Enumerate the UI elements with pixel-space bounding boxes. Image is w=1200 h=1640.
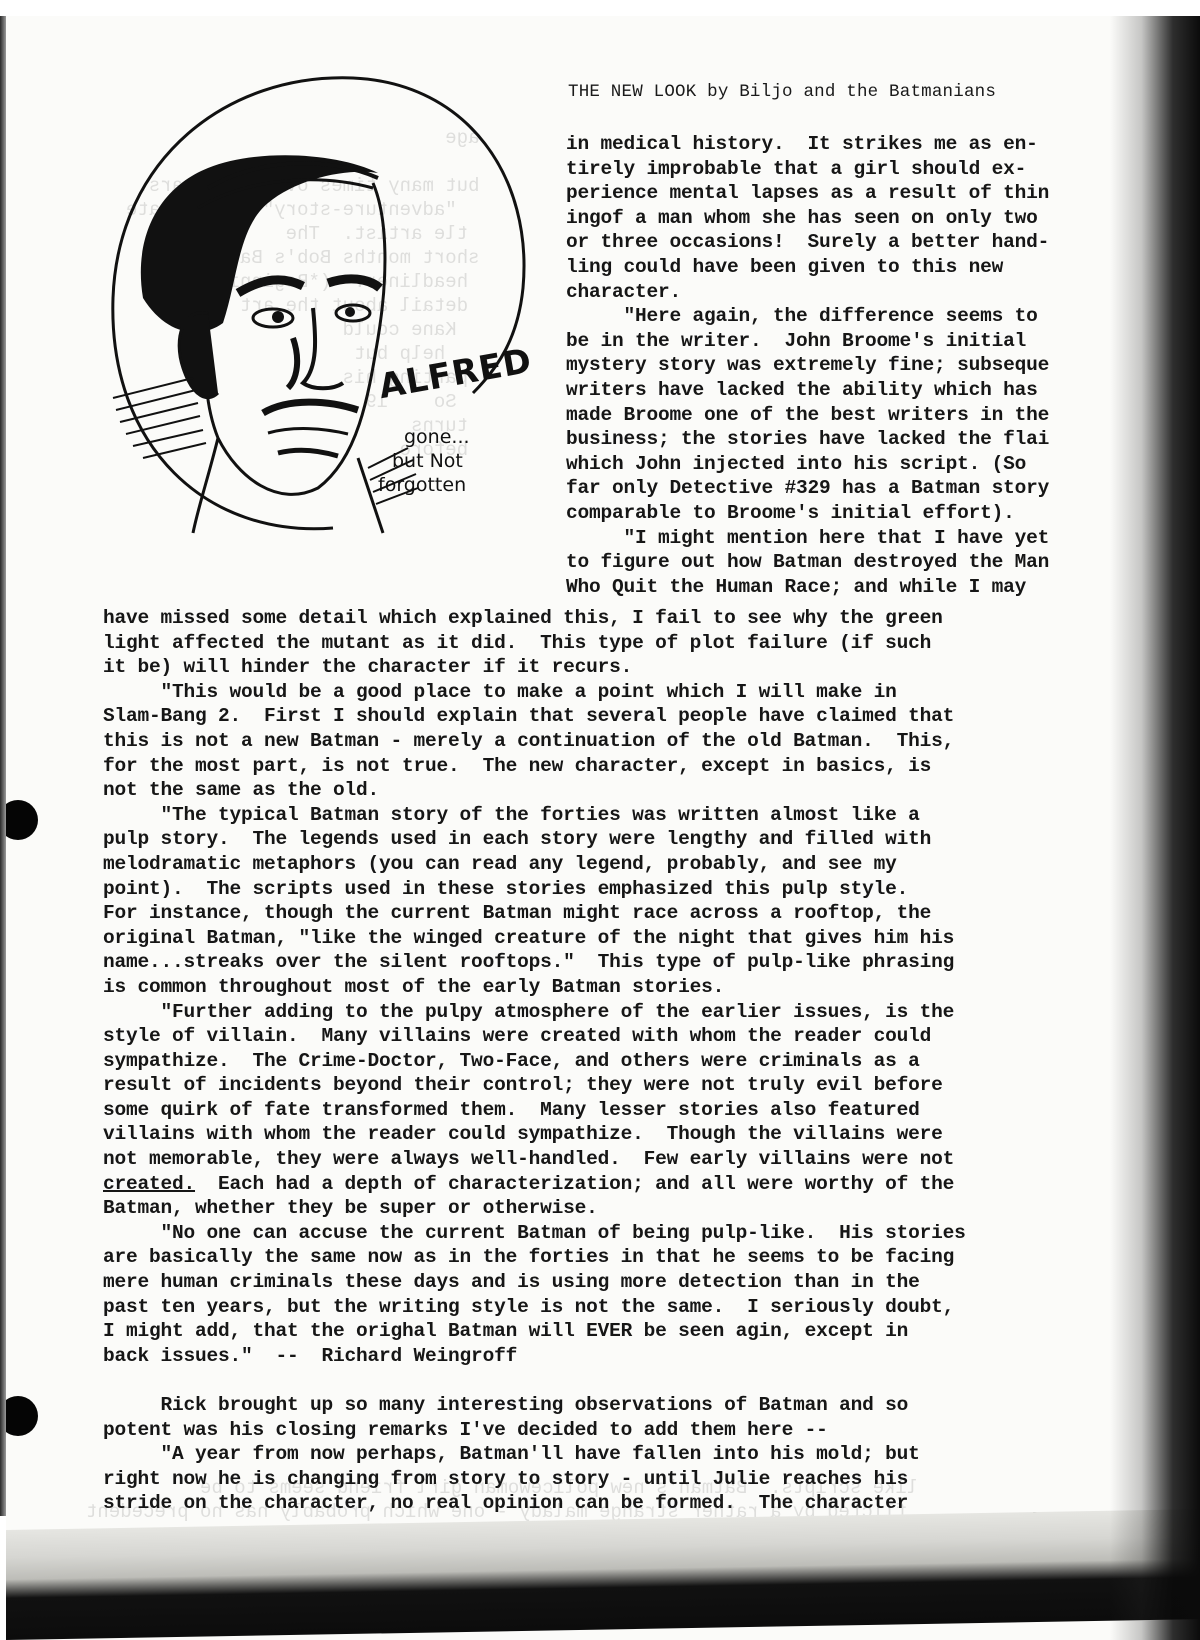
- text-line: business; the stories have lacked the fl…: [566, 427, 1049, 452]
- text-line: some quirk of fate transformed them. Man…: [103, 1098, 966, 1123]
- text-line: point). The scripts used in these storie…: [103, 877, 966, 902]
- text-line: sympathize. The Crime-Doctor, Two-Face, …: [103, 1049, 966, 1074]
- alfred-portrait-illustration: [88, 38, 538, 538]
- text-line: which John injected into his script. (So: [566, 452, 1049, 477]
- scanned-page: age but many times over the years. "adve…: [6, 16, 1200, 1640]
- text-line: For instance, though the current Batman …: [103, 901, 966, 926]
- text-line: "This would be a good place to make a po…: [103, 680, 966, 705]
- text-line: Who Quit the Human Race; and while I may: [566, 575, 1049, 600]
- text-line: have missed some detail which explained …: [103, 606, 966, 631]
- text-line: I might add, that the orighal Batman wil…: [103, 1319, 966, 1344]
- text-line: be in the writer. John Broome's initial: [566, 329, 1049, 354]
- text-line: ling could have been given to this new: [566, 255, 1049, 280]
- text-line: "Here again, the difference seems to: [566, 304, 1049, 329]
- text-line: mystery story was extremely fine; subseq…: [566, 353, 1049, 378]
- text-line: or three occasions! Surely a better hand…: [566, 230, 1049, 255]
- text-line: Batman, whether they be super or otherwi…: [103, 1196, 966, 1221]
- punch-hole: [6, 800, 38, 840]
- text-line: name...streaks over the silent rooftops.…: [103, 950, 966, 975]
- text-line: potent was his closing remarks I've deci…: [103, 1418, 966, 1443]
- text-line: writers have lacked the ability which ha…: [566, 378, 1049, 403]
- text-line: right now he is changing from story to s…: [103, 1467, 966, 1492]
- text-line: ingof a man whom she has seen on only tw…: [566, 206, 1049, 231]
- right-column-text: in medical history. It strikes me as en-…: [566, 132, 1049, 599]
- text-line: back issues." -- Richard Weingroff: [103, 1344, 966, 1369]
- text-line: comparable to Broome's initial effort).: [566, 501, 1049, 526]
- scan-bottom-edge: [6, 1509, 1200, 1640]
- text-line: this is not a new Batman - merely a cont…: [103, 729, 966, 754]
- text-line: stride on the character, no real opinion…: [103, 1491, 966, 1516]
- article-heading: THE NEW LOOK by Biljo and the Batmanians: [568, 82, 996, 102]
- text-line: character.: [566, 280, 1049, 305]
- text-line: to figure out how Batman destroyed the M…: [566, 550, 1049, 575]
- text-line: pulp story. The legends used in each sto…: [103, 827, 966, 852]
- text-line: is common throughout most of the early B…: [103, 975, 966, 1000]
- text-line: not the same as the old.: [103, 778, 966, 803]
- text-line: for the most part, is not true. The new …: [103, 754, 966, 779]
- text-line: "Further adding to the pulpy atmosphere …: [103, 1000, 966, 1025]
- punch-hole: [6, 1396, 38, 1436]
- illustration-sub-caption-2: but Not: [392, 450, 463, 472]
- text-line: Rick brought up so many interesting obse…: [103, 1393, 966, 1418]
- text-line: Slam-Bang 2. First I should explain that…: [103, 704, 966, 729]
- text-line: tirely improbable that a girl should ex-: [566, 157, 1049, 182]
- text-line: result of incidents beyond their control…: [103, 1073, 966, 1098]
- text-line: it be) will hinder the character if it r…: [103, 655, 966, 680]
- text-line: light affected the mutant as it did. Thi…: [103, 631, 966, 656]
- text-line: original Batman, "like the winged creatu…: [103, 926, 966, 951]
- text-line: [103, 1368, 966, 1393]
- illustration-sub-caption-1: gone...: [404, 426, 470, 448]
- full-width-text: have missed some detail which explained …: [103, 606, 966, 1516]
- text-line: past ten years, but the writing style is…: [103, 1295, 966, 1320]
- text-line: made Broome one of the best writers in t…: [566, 403, 1049, 428]
- text-line: are basically the same now as in the for…: [103, 1245, 966, 1270]
- text-line: perience mental lapses as a result of th…: [566, 181, 1049, 206]
- text-line: "The typical Batman story of the forties…: [103, 803, 966, 828]
- text-line: far only Detective #329 has a Batman sto…: [566, 476, 1049, 501]
- text-line: villains with whom the reader could symp…: [103, 1122, 966, 1147]
- text-line: in medical history. It strikes me as en-: [566, 132, 1049, 157]
- text-line: mere human criminals these days and is u…: [103, 1270, 966, 1295]
- illustration-sub-caption-3: forgotten: [378, 474, 466, 496]
- text-line: created. Each had a depth of characteriz…: [103, 1172, 966, 1197]
- text-line: "No one can accuse the current Batman of…: [103, 1221, 966, 1246]
- text-line: "I might mention here that I have yet: [566, 526, 1049, 551]
- text-line: melodramatic metaphors (you can read any…: [103, 852, 966, 877]
- text-line: "A year from now perhaps, Batman'll have…: [103, 1442, 966, 1467]
- text-line: not memorable, they were always well-han…: [103, 1147, 966, 1172]
- text-line: style of villain. Many villains were cre…: [103, 1024, 966, 1049]
- scan-spine-shadow: [1110, 16, 1200, 1640]
